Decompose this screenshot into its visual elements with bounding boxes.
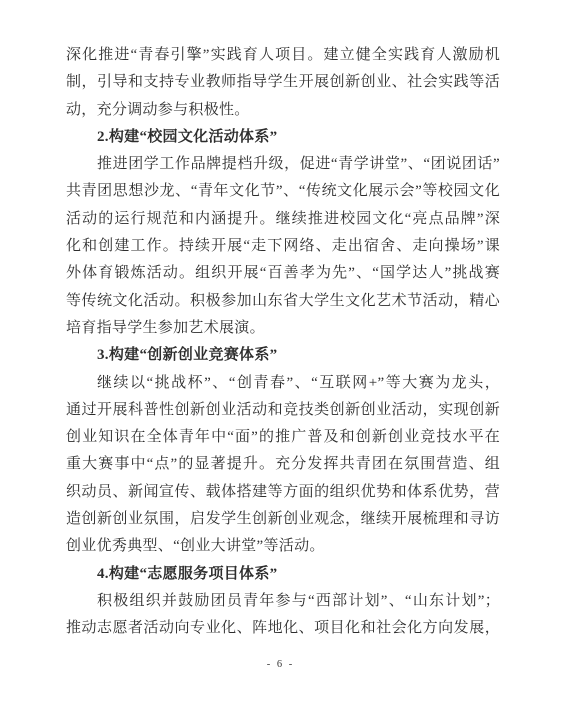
- section-heading-4: 4.构建“志愿服务项目体系”: [66, 561, 500, 588]
- body-text-line: 创业知识在全体青年中“面”的推广普及和创新创业竞技水平在: [66, 424, 500, 451]
- body-text-line: 活动的运行规范和内涵提升。继续推进校园文化“亮点品牌”深: [66, 206, 500, 233]
- page-number: - 6 -: [0, 659, 561, 670]
- document-page: 深化推进“青春引擎”实践育人项目。建立健全实践育人激励机 制，引导和支持专业教师…: [0, 0, 561, 718]
- section-heading-2: 2.构建“校园文化活动体系”: [66, 124, 500, 151]
- body-text-line: 重大赛事中“点”的显著提升。充分发挥共青团在氛围营造、组: [66, 451, 500, 478]
- body-text-line: 等传统文化活动。积极参加山东省大学生文化艺术节活动，精心: [66, 288, 500, 315]
- body-text-line: 积极组织并鼓励团员青年参与“西部计划”、“山东计划”；: [66, 588, 500, 615]
- section-heading-3: 3.构建“创新创业竞赛体系”: [66, 342, 500, 369]
- body-text-line: 创业优秀典型、“创业大讲堂”等活动。: [66, 533, 500, 560]
- body-text-line: 推进团学工作品牌提档升级，促进“青学讲堂”、“团说团话”: [66, 151, 500, 178]
- body-text-line: 推动志愿者活动向专业化、阵地化、项目化和社会化方向发展，: [66, 615, 500, 642]
- body-text-line: 制，引导和支持专业教师指导学生开展创新创业、社会实践等活: [66, 69, 500, 96]
- body-text-line: 化和创建工作。持续开展“走下网络、走出宿舍、走向操场”课: [66, 233, 500, 260]
- body-text-line: 动，充分调动参与积极性。: [66, 97, 500, 124]
- body-text-line: 通过开展科普性创新创业活动和竞技类创新创业活动，实现创新: [66, 397, 500, 424]
- body-text-line: 织动员、新闻宣传、载体搭建等方面的组织优势和体系优势，营: [66, 479, 500, 506]
- body-text-line: 培育指导学生参加艺术展演。: [66, 315, 500, 342]
- body-text-line: 深化推进“青春引擎”实践育人项目。建立健全实践育人激励机: [66, 42, 500, 69]
- body-text-line: 外体育锻炼活动。组织开展“百善孝为先”、“国学达人”挑战赛: [66, 260, 500, 287]
- body-text-line: 共青团思想沙龙、“青年文化节”、“传统文化展示会”等校园文化: [66, 178, 500, 205]
- text-block: 深化推进“青春引擎”实践育人项目。建立健全实践育人激励机 制，引导和支持专业教师…: [66, 42, 500, 643]
- body-text-line: 继续以“挑战杯”、“创青春”、“互联网+”等大赛为龙头，: [66, 370, 500, 397]
- body-text-line: 造创新创业氛围，启发学生创新创业观念，继续开展梳理和寻访: [66, 506, 500, 533]
